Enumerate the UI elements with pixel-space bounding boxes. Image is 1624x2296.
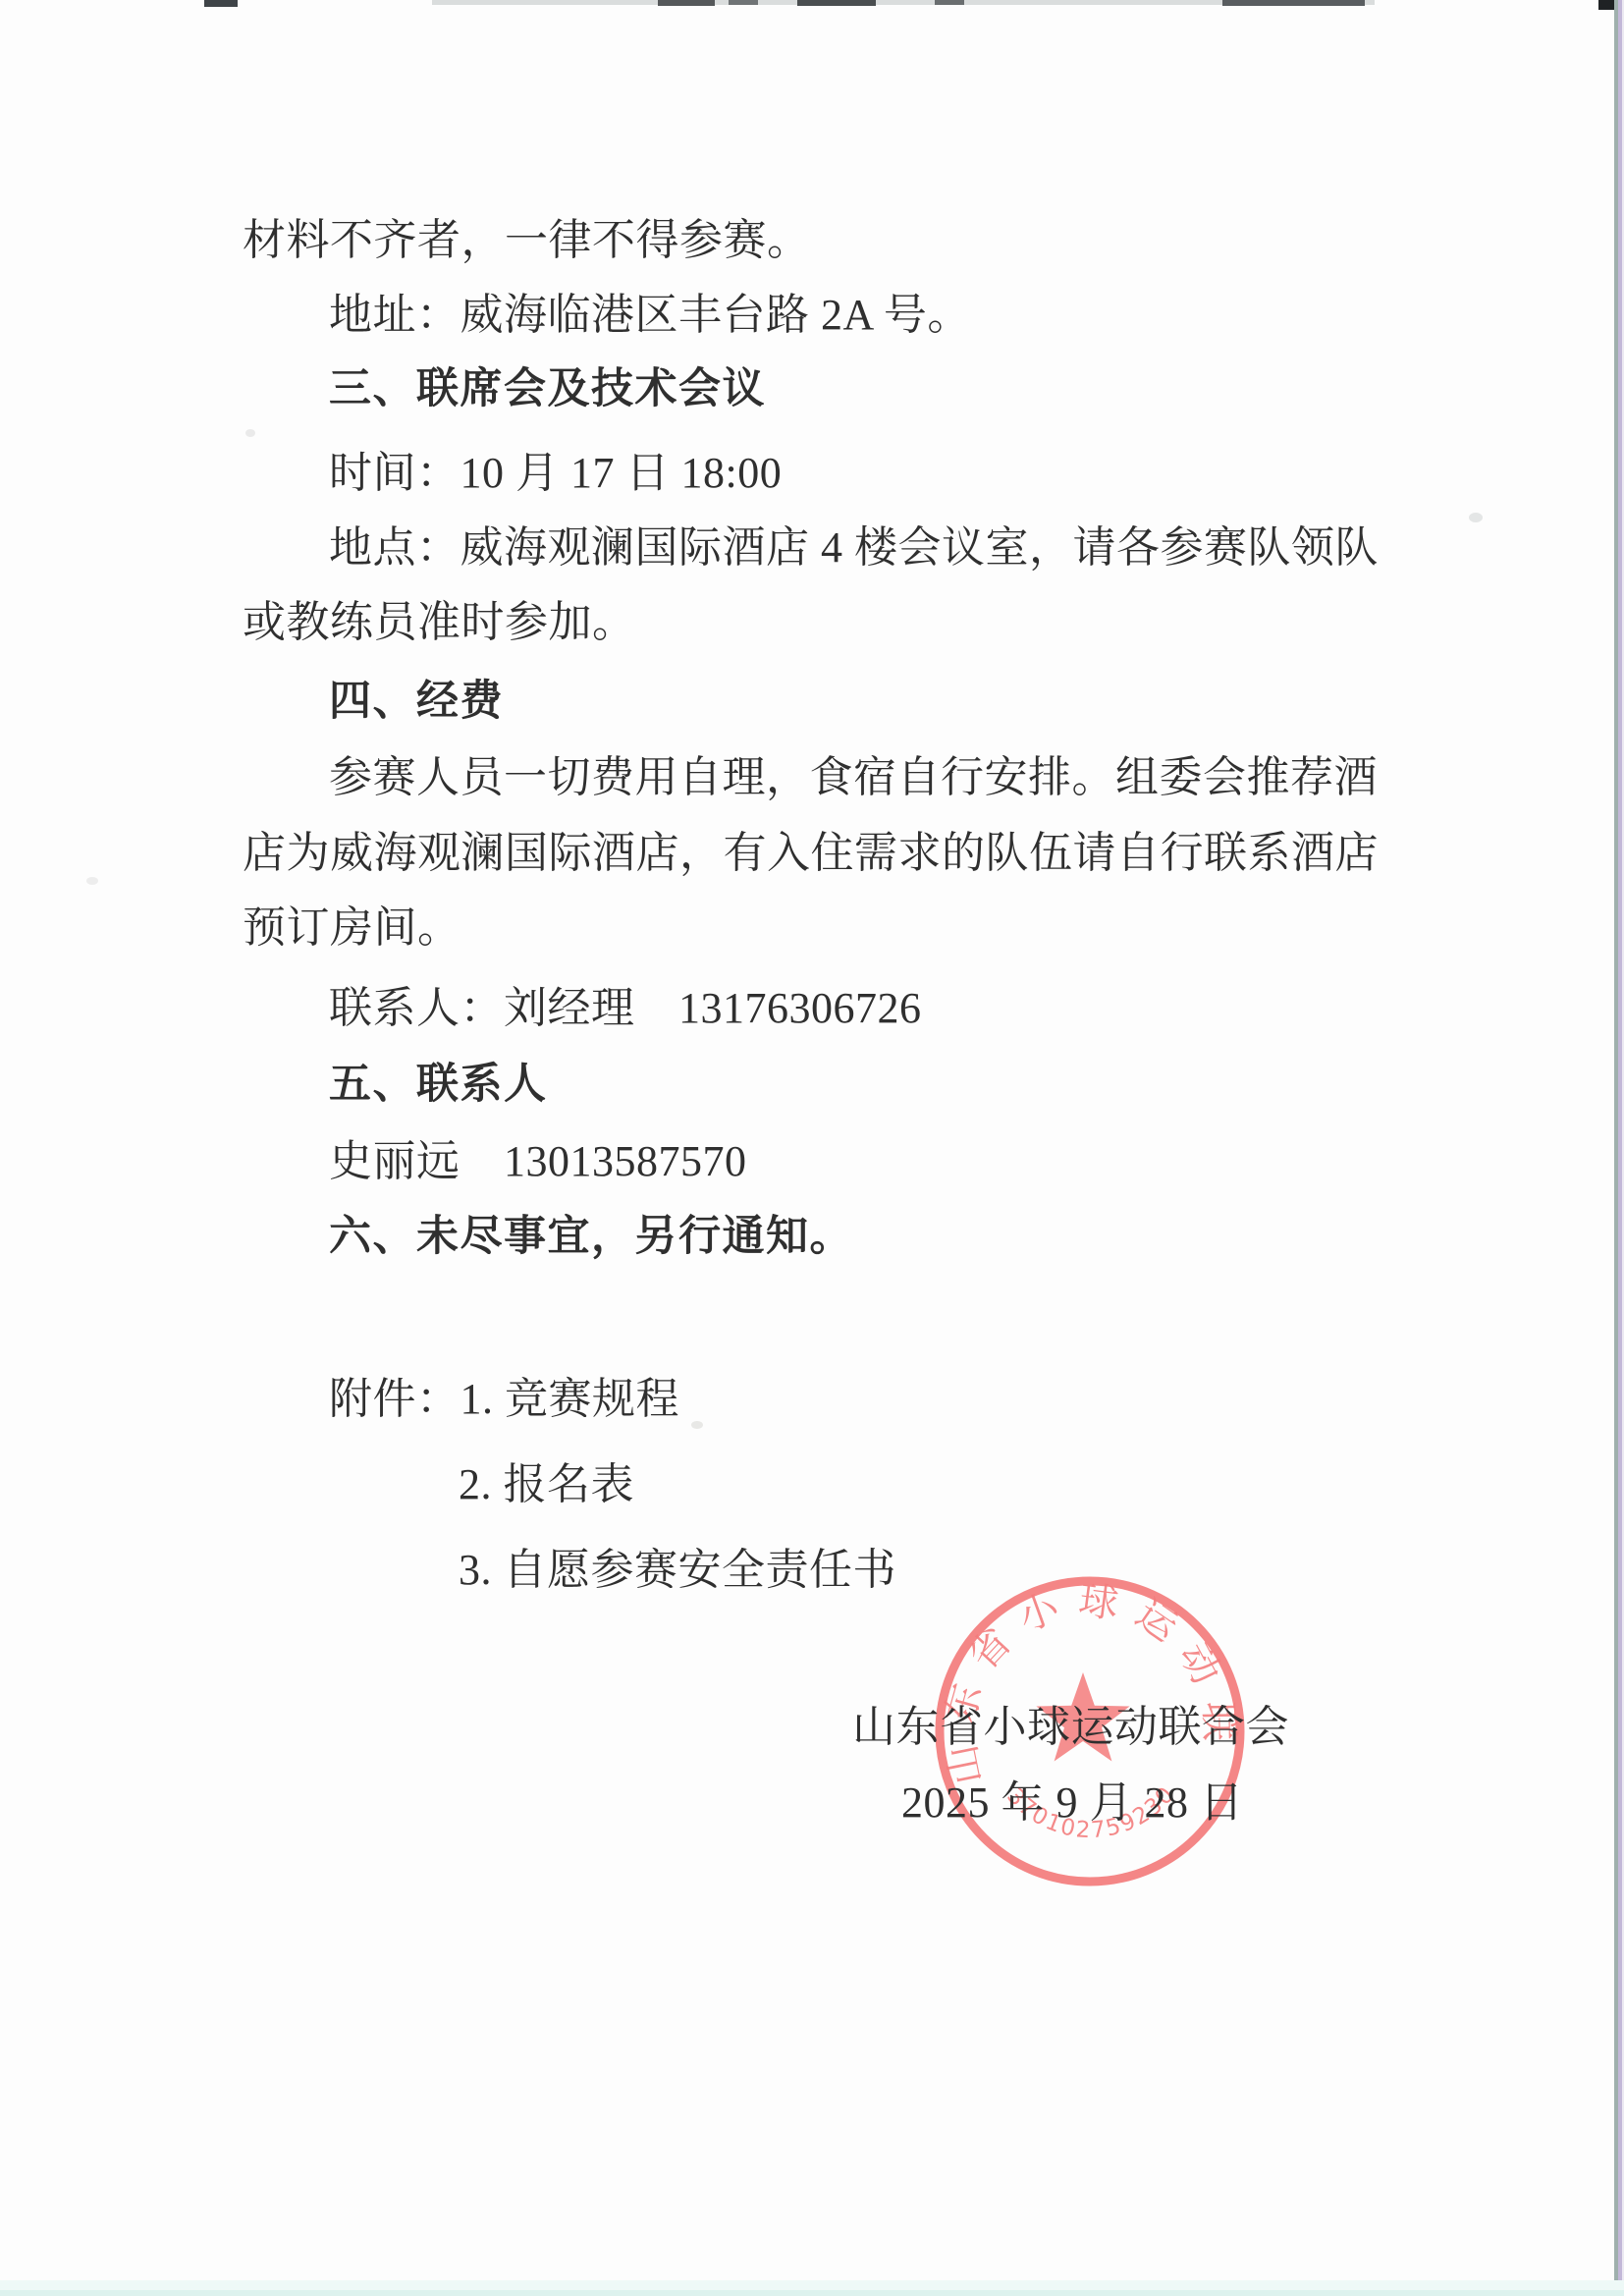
section-heading-5: 五、联系人 [329, 1063, 548, 1107]
body-line: 参赛人员一切费用自理，食宿自行安排。组委会推荐酒 [329, 755, 1378, 800]
scan-smudge [86, 877, 98, 885]
contact-line-hotel: 联系人：刘经理 13176306726 [329, 986, 922, 1031]
attachment-line-2: 2. 报名表 [459, 1462, 634, 1507]
scan-artifact-top-mark [1222, 0, 1365, 6]
attachment-line-1: 附件：1. 竞赛规程 [329, 1377, 679, 1422]
body-line: 地址：威海临港区丰台路 2A 号。 [329, 293, 971, 338]
body-line: 地点：威海观澜国际酒店 4 楼会议室，请各参赛队领队 [329, 525, 1379, 571]
scan-smudge [691, 1421, 703, 1429]
body-line: 店为威海观澜国际酒店，有入住需求的队伍请自行联系酒店 [243, 831, 1379, 876]
contact-line-main: 史丽远 13013587570 [329, 1139, 747, 1184]
body-line: 材料不齐者，一律不得参赛。 [243, 218, 811, 263]
scan-artifact-top-mark [729, 0, 758, 5]
section-heading-4: 四、经费 [329, 680, 504, 724]
body-line: 或教练员准时参加。 [243, 600, 636, 645]
scan-smudge [1469, 513, 1483, 522]
body-line: 时间：10 月 17 日 18:00 [329, 451, 782, 496]
scan-artifact-top-mark [658, 0, 715, 6]
signature-organization: 山东省小球运动联合会 [852, 1705, 1289, 1750]
section-heading-6: 六、未尽事宜，另行通知。 [329, 1215, 853, 1259]
scan-artifact-top-mark [935, 0, 964, 5]
document-page: 材料不齐者，一律不得参赛。 地址：威海临港区丰台路 2A 号。 三、联席会及技术… [0, 0, 1624, 2296]
scan-artifact-top-mark [797, 0, 876, 6]
signature-date: 2025 年 9 月 28 日 [901, 1780, 1244, 1826]
scan-artifact-bottom-band2 [0, 2290, 1624, 2296]
body-line: 预订房间。 [243, 905, 461, 951]
section-heading-3: 三、联席会及技术会议 [329, 367, 766, 411]
scan-smudge [245, 429, 255, 437]
scan-artifact-top-mark [204, 0, 238, 7]
attachment-line-3: 3. 自愿参赛安全责任书 [459, 1548, 896, 1593]
